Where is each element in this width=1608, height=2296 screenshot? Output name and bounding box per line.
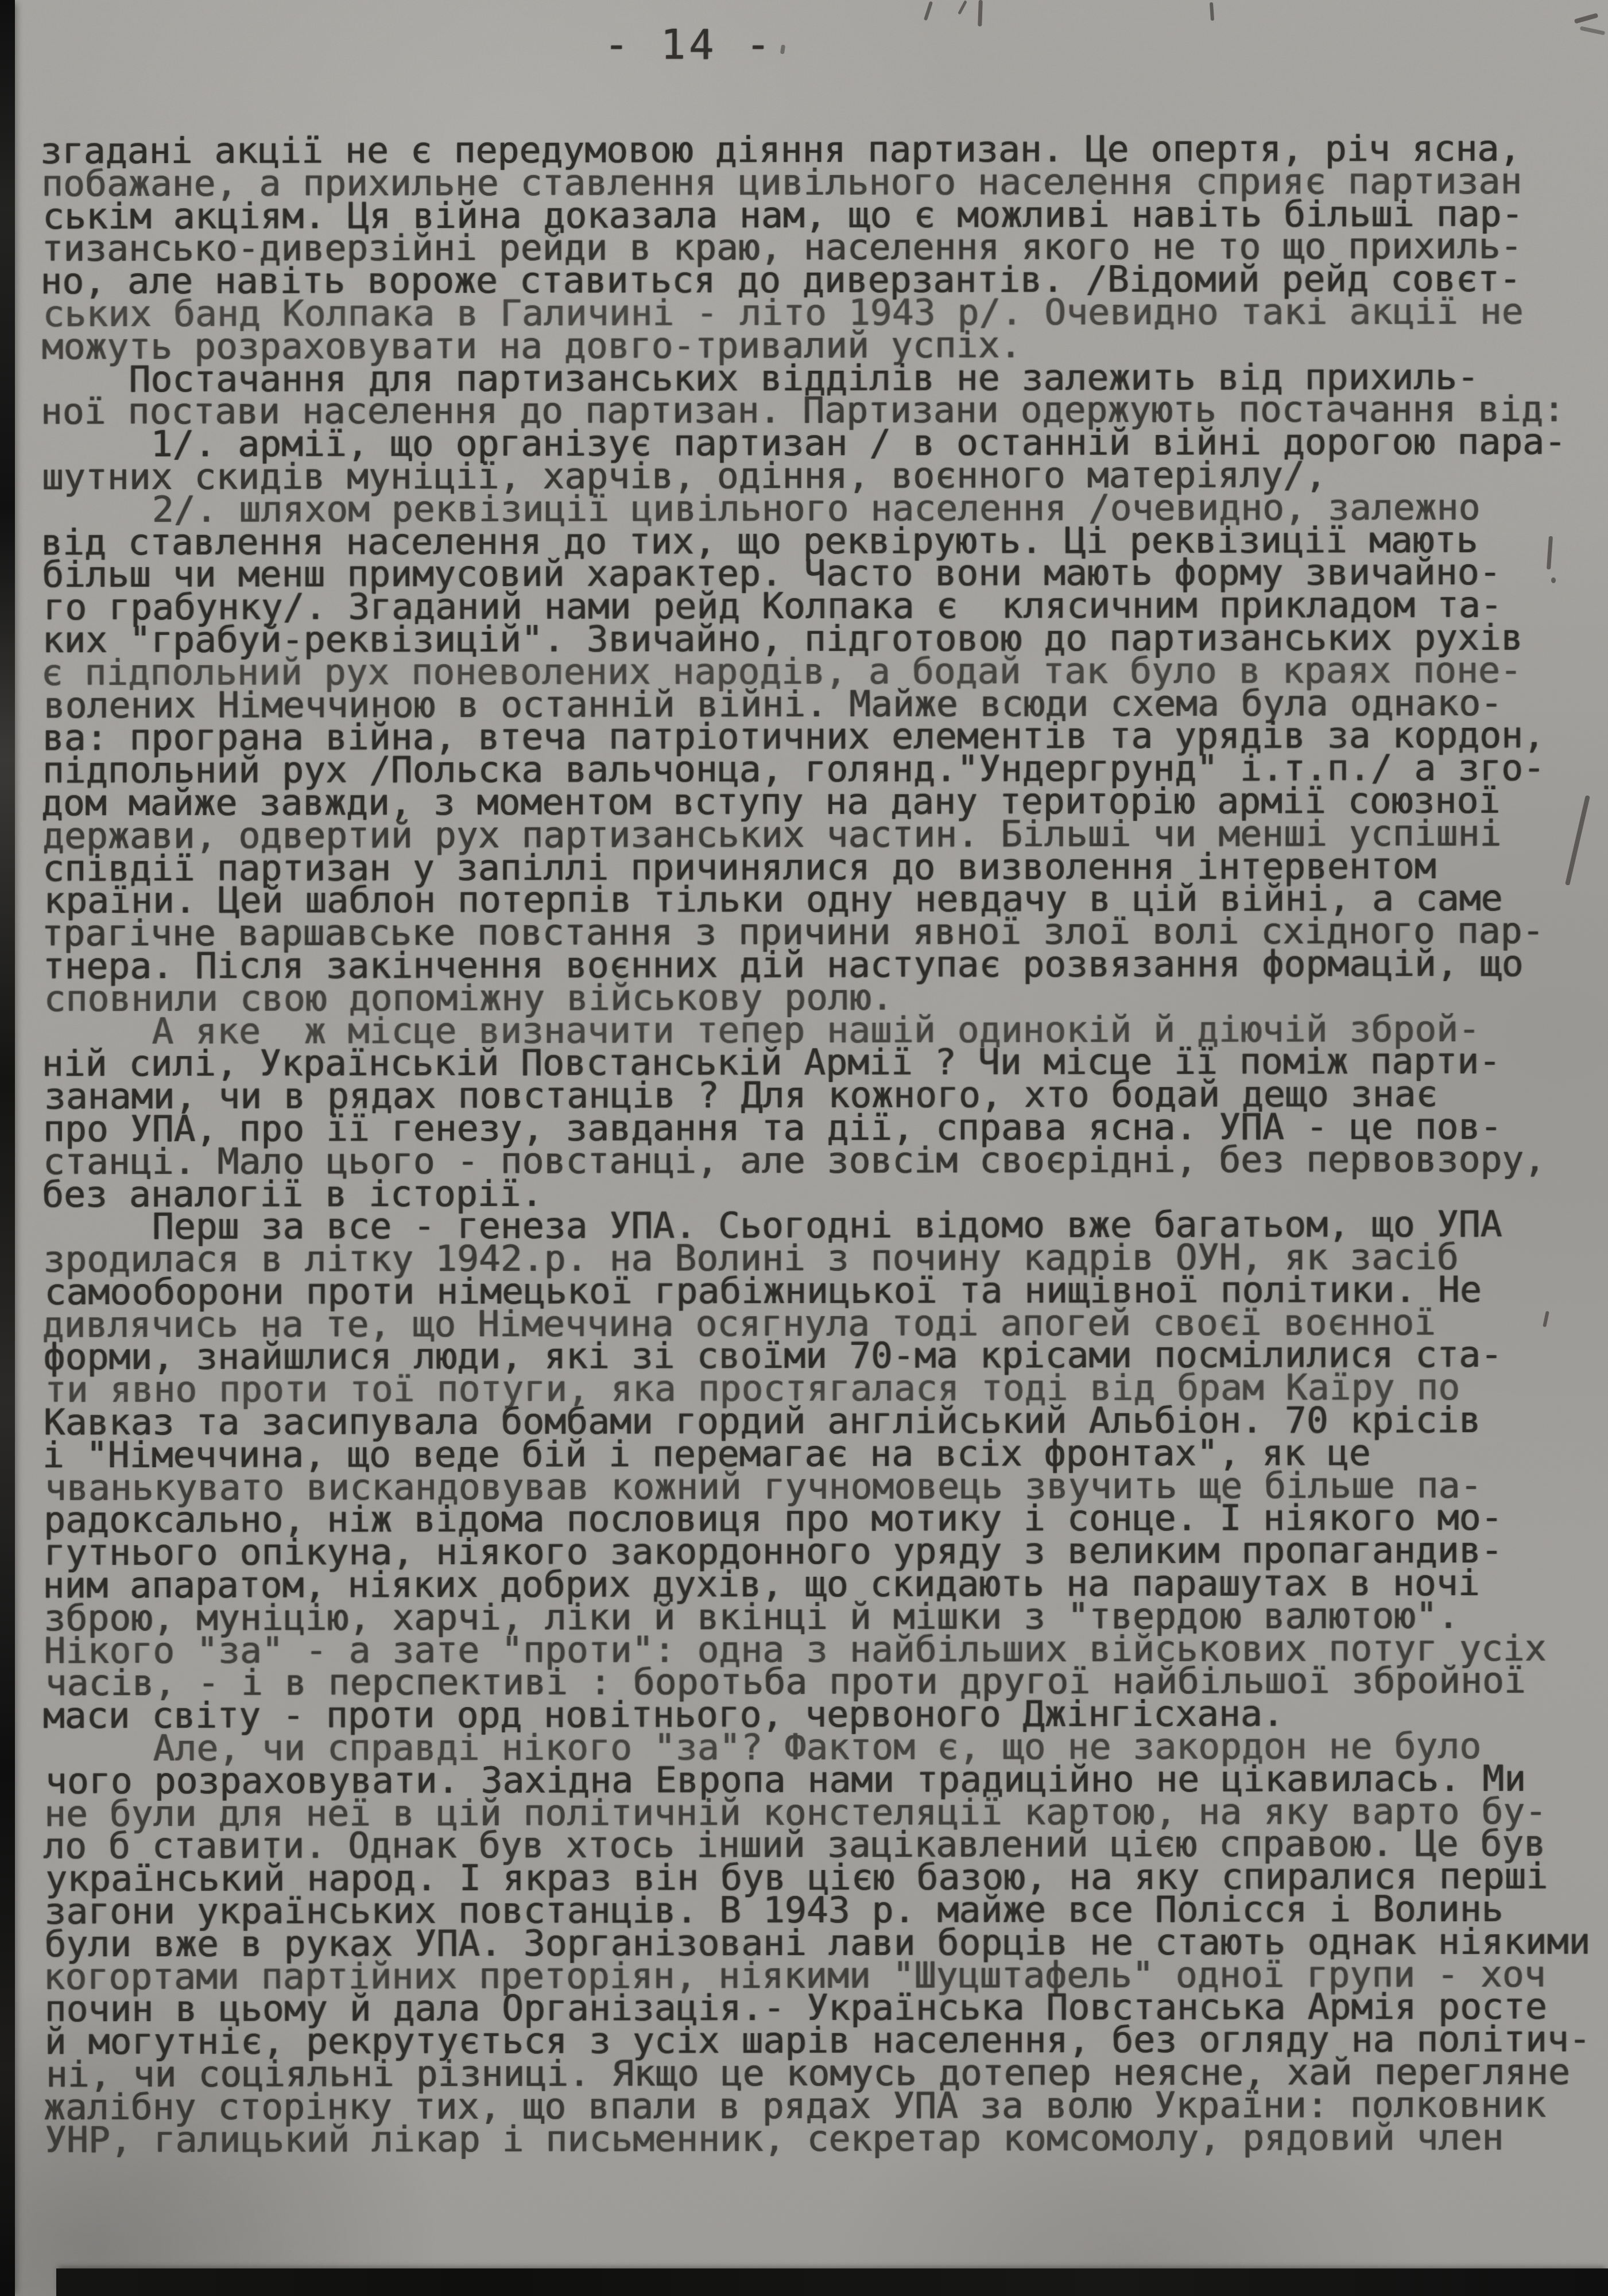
text-line: ної постави населення до партизан. Парти… (41, 393, 1591, 429)
text-line: від ставлення населення до тих, що рекві… (41, 523, 1591, 559)
handwritten-mark (1580, 26, 1605, 36)
text-line: український народ. І якраз він був цією … (45, 1860, 1595, 1896)
scan-edge-left (0, 0, 15, 2296)
text-line: ти явно проти тої потуги, яка простягала… (45, 1371, 1595, 1407)
handwritten-mark (1210, 2, 1214, 21)
text-line: волених Німеччиною в останній війні. Май… (44, 687, 1594, 722)
text-line: го грабунку/. Згаданий нами рейд Колпака… (43, 589, 1593, 625)
text-line: занами, чи в рядах повстанців ? Для кожн… (44, 1078, 1594, 1114)
scan-edge-bottom (56, 2268, 1608, 2296)
text-line: без аналогії в історії. (42, 1176, 1592, 1211)
handwritten-mark (1574, 13, 1599, 24)
text-line: УНР, галицький лікар і письменник, секре… (45, 2121, 1595, 2157)
text-line: чванькувато вискандовував кожний гучномо… (45, 1469, 1595, 1504)
document-text: згадані акції не є передумовою діяння па… (41, 133, 1595, 2157)
handwritten-exclamation-dot (1551, 577, 1556, 583)
text-line: можуть розраховувати на довго-тривалий у… (42, 328, 1592, 363)
text-line: держави, одвертий рух партизанських част… (42, 817, 1592, 852)
text-line: когортами партійних преторіян, ніякими "… (43, 1958, 1593, 1994)
page-number: - 14 - (586, 22, 792, 67)
handwritten-mark (924, 1, 933, 21)
text-line: дивлячись на те, що Німеччина осягнула т… (42, 1306, 1592, 1341)
text-line: трагічне варшавське повстання з причини … (41, 915, 1591, 951)
scanned-document-page: - 14 - згадані акції не є передумовою ді… (0, 0, 1608, 2296)
handwritten-mark (978, 0, 983, 26)
handwritten-mark (958, 0, 967, 14)
